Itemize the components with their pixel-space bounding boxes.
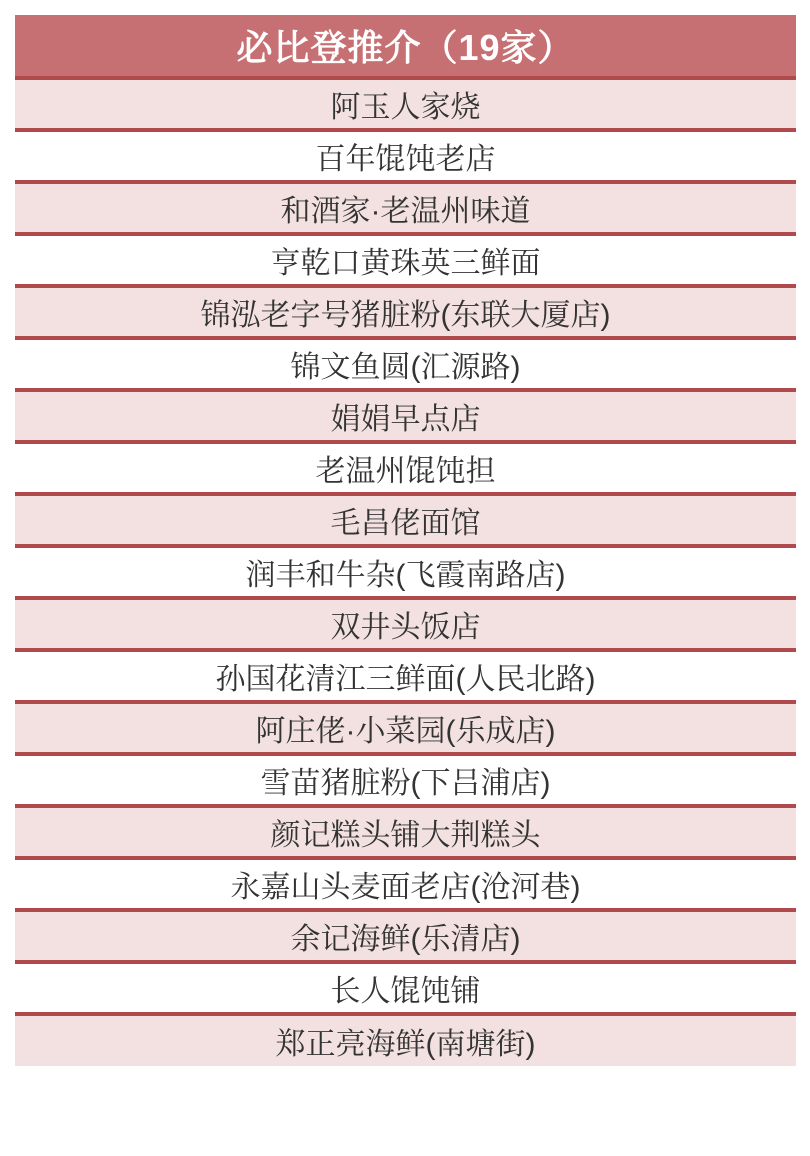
table-row: 阿庄佬·小菜园(乐成店) [15, 702, 796, 754]
restaurant-name: 阿玉人家烧 [15, 78, 796, 130]
table-row: 孙国花清江三鲜面(人民北路) [15, 650, 796, 702]
restaurant-name: 颜记糕头铺大荆糕头 [15, 806, 796, 858]
restaurant-name: 长人馄饨铺 [15, 962, 796, 1014]
header-row: 必比登推介（19家） [15, 15, 796, 78]
restaurant-name: 老温州馄饨担 [15, 442, 796, 494]
restaurant-name: 永嘉山头麦面老店(沧河巷) [15, 858, 796, 910]
table-body: 阿玉人家烧百年馄饨老店和酒家·老温州味道亨乾口黄珠英三鲜面锦泓老字号猪脏粉(东联… [15, 78, 796, 1066]
table-row: 永嘉山头麦面老店(沧河巷) [15, 858, 796, 910]
table-row: 锦文鱼圆(汇源路) [15, 338, 796, 390]
table-row: 余记海鲜(乐清店) [15, 910, 796, 962]
restaurant-name: 余记海鲜(乐清店) [15, 910, 796, 962]
restaurant-name: 娟娟早点店 [15, 390, 796, 442]
table-row: 双井头饭店 [15, 598, 796, 650]
page: 必比登推介（19家） 阿玉人家烧百年馄饨老店和酒家·老温州味道亨乾口黄珠英三鲜面… [0, 0, 810, 1156]
table-row: 和酒家·老温州味道 [15, 182, 796, 234]
restaurant-name: 亨乾口黄珠英三鲜面 [15, 234, 796, 286]
table-row: 毛昌佬面馆 [15, 494, 796, 546]
table-row: 亨乾口黄珠英三鲜面 [15, 234, 796, 286]
table-title: 必比登推介（19家） [15, 15, 796, 78]
table-row: 锦泓老字号猪脏粉(东联大厦店) [15, 286, 796, 338]
table-row: 娟娟早点店 [15, 390, 796, 442]
table-row: 颜记糕头铺大荆糕头 [15, 806, 796, 858]
restaurant-name: 润丰和牛杂(飞霞南路店) [15, 546, 796, 598]
table-row: 百年馄饨老店 [15, 130, 796, 182]
restaurant-name: 阿庄佬·小菜园(乐成店) [15, 702, 796, 754]
restaurant-name: 雪苗猪脏粉(下吕浦店) [15, 754, 796, 806]
table-row: 阿玉人家烧 [15, 78, 796, 130]
restaurant-name: 孙国花清江三鲜面(人民北路) [15, 650, 796, 702]
restaurant-name: 锦泓老字号猪脏粉(东联大厦店) [15, 286, 796, 338]
table-header: 必比登推介（19家） [15, 15, 796, 78]
restaurant-name: 和酒家·老温州味道 [15, 182, 796, 234]
table-row: 老温州馄饨担 [15, 442, 796, 494]
restaurant-name: 锦文鱼圆(汇源路) [15, 338, 796, 390]
table-row: 润丰和牛杂(飞霞南路店) [15, 546, 796, 598]
table-row: 雪苗猪脏粉(下吕浦店) [15, 754, 796, 806]
bib-gourmand-table: 必比登推介（19家） 阿玉人家烧百年馄饨老店和酒家·老温州味道亨乾口黄珠英三鲜面… [15, 15, 796, 1066]
table-row: 长人馄饨铺 [15, 962, 796, 1014]
restaurant-name: 双井头饭店 [15, 598, 796, 650]
restaurant-name: 郑正亮海鲜(南塘街) [15, 1014, 796, 1066]
restaurant-name: 百年馄饨老店 [15, 130, 796, 182]
restaurant-name: 毛昌佬面馆 [15, 494, 796, 546]
table-row: 郑正亮海鲜(南塘街) [15, 1014, 796, 1066]
